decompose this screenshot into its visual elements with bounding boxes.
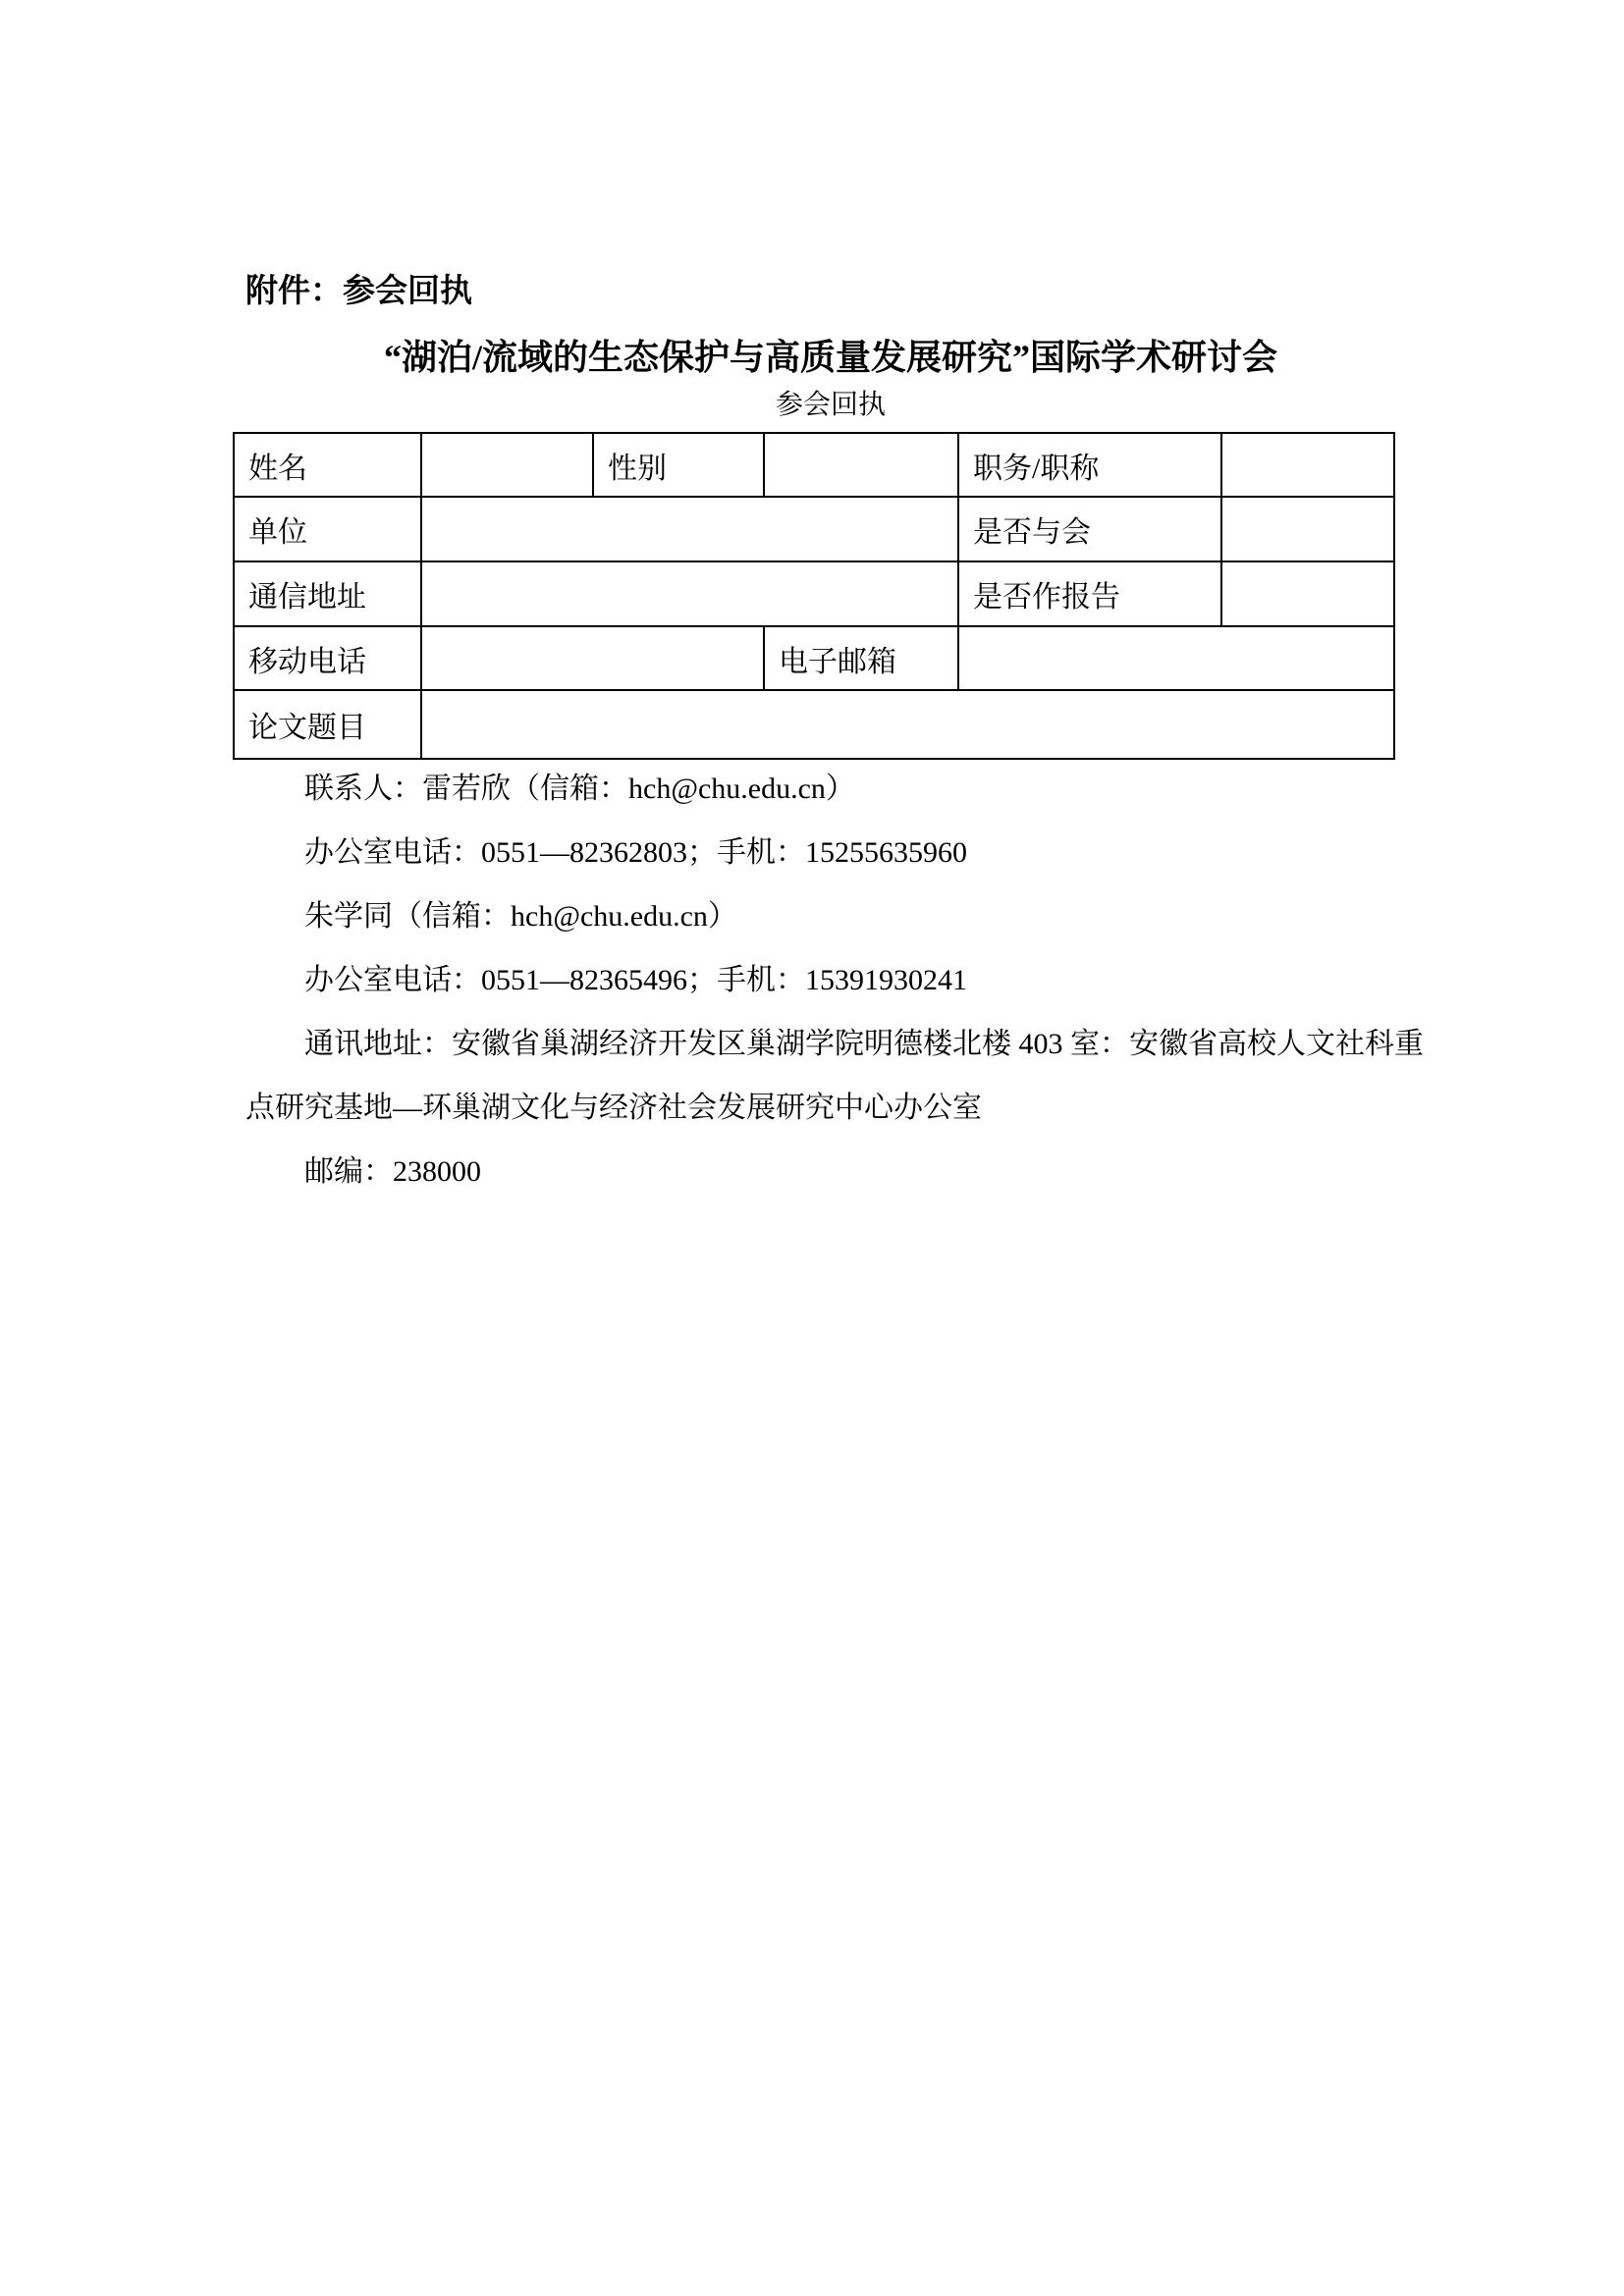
form-subtitle: 参会回执 — [245, 389, 1416, 422]
attend-value-cell — [1221, 497, 1394, 561]
position-value-cell — [1221, 433, 1394, 497]
gender-label-cell: 性别 — [593, 433, 764, 497]
conference-title: “湖泊/流域的生态保护与高质量发展研究”国际学术研讨会 — [245, 336, 1416, 379]
table-row-mobile-email: 移动电话 电子邮箱 — [234, 626, 1394, 690]
mailing-address-line-2: 点研究基地—环巢湖文化与经济社会发展研究中心办公室 — [245, 1076, 1420, 1140]
postal-code-line: 邮编：238000 — [245, 1140, 1420, 1203]
paper-title-value-cell — [421, 690, 1394, 759]
reply-form-table: 姓名 性别 职务/职称 单位 是否与会 通信地址 是否作报告 移动电话 电子邮箱… — [233, 432, 1395, 760]
attend-label-cell: 是否与会 — [958, 497, 1221, 561]
contact-person-line: 联系人：雷若欣（信箱：hch@chu.edu.cn） — [245, 757, 1420, 821]
organization-label-cell: 单位 — [234, 497, 421, 561]
email-value-cell — [958, 626, 1394, 690]
contact-person-line-2: 朱学同（信箱：hch@chu.edu.cn） — [245, 884, 1420, 948]
paper-title-label-cell: 论文题目 — [234, 690, 421, 759]
office-phone-line-2: 办公室电话：0551—82365496；手机：15391930241 — [245, 948, 1420, 1012]
contact-info-block: 联系人：雷若欣（信箱：hch@chu.edu.cn） 办公室电话：0551—82… — [245, 757, 1420, 1203]
table-row-name-gender-position: 姓名 性别 职务/职称 — [234, 433, 1394, 497]
mobile-label-cell: 移动电话 — [234, 626, 421, 690]
table-row-address-report: 通信地址 是否作报告 — [234, 561, 1394, 626]
document-page: 附件：参会回执 “湖泊/流域的生态保护与高质量发展研究”国际学术研讨会 参会回执… — [0, 0, 1624, 2296]
give-report-label-cell: 是否作报告 — [958, 561, 1221, 626]
name-label-cell: 姓名 — [234, 433, 421, 497]
position-label-cell: 职务/职称 — [958, 433, 1221, 497]
table-row-organization-attend: 单位 是否与会 — [234, 497, 1394, 561]
office-phone-line-1: 办公室电话：0551—82362803；手机：15255635960 — [245, 821, 1420, 884]
mobile-value-cell — [421, 626, 764, 690]
mailing-address-line-1: 通讯地址：安徽省巢湖经济开发区巢湖学院明德楼北楼 403 室：安徽省高校人文社科… — [245, 1012, 1420, 1076]
name-value-cell — [421, 433, 593, 497]
table-row-paper-title: 论文题目 — [234, 690, 1394, 759]
give-report-value-cell — [1221, 561, 1394, 626]
mailing-address-label-cell: 通信地址 — [234, 561, 421, 626]
email-label-cell: 电子邮箱 — [764, 626, 958, 690]
attachment-heading: 附件：参会回执 — [245, 273, 472, 310]
mailing-address-value-cell — [421, 561, 958, 626]
gender-value-cell — [764, 433, 958, 497]
organization-value-cell — [421, 497, 958, 561]
